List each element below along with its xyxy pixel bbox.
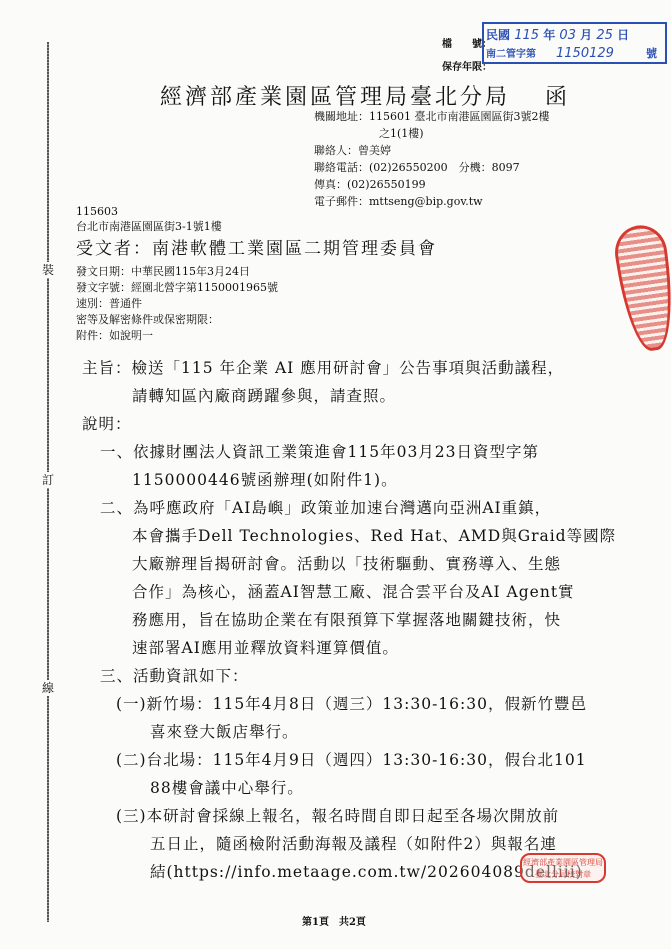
stamp-suffix: 號 <box>646 45 657 61</box>
subject-line-1: 主旨：檢送「115 年企業 AI 應用研討會」公告事項與活動議程， <box>82 354 564 382</box>
agency-title: 經濟部產業園區管理局臺北分局 函 <box>160 80 570 111</box>
contact-fax: 傳真：(02)26550199 <box>314 176 549 193</box>
contact-phone: 聯絡電話：(02)26550200 分機：8097 <box>314 159 549 176</box>
item-3-3-line-3: 結(https://info.metaage.com.tw/202604089d… <box>150 858 583 886</box>
item-3-line-1: 三、活動資訊如下： <box>100 662 249 690</box>
agency-address-cont: 之1(1樓) <box>314 125 549 142</box>
official-seal-large <box>611 222 671 354</box>
item-3-3-line-1: (三)本研討會採線上報名，報名時間自即日起至各場次開放前 <box>116 802 559 830</box>
explanation-label: 說明： <box>82 410 132 438</box>
page-number: 第1頁 共2頁 <box>302 913 366 928</box>
recipient-postcode: 115603 <box>76 204 222 219</box>
item-3-1-line-1: (一)新竹場：115年4月8日（週三）13:30-16:30，假新竹豐邑 <box>116 690 587 718</box>
recipient-address: 台北市南港區園區街3-1號1樓 <box>76 219 222 234</box>
item-2-line-2: 本會攜手Dell Technologies、Red Hat、AMD與Graid等… <box>132 522 616 550</box>
stamp-day-label: 日 <box>617 28 629 42</box>
recipient-mailing: 115603 台北市南港區園區街3-1號1樓 <box>76 204 222 234</box>
item-2-line-1: 二、為呼應政府「AI島嶼」政策並加速台灣邁向亞洲AI重鎮， <box>100 494 551 522</box>
stamp-era: 民國 <box>486 28 510 42</box>
stamp-year: 115 <box>514 28 539 43</box>
stamp-number: 1150129 <box>556 46 614 61</box>
item-2-line-4: 合作」為核心，涵蓋AI智慧工廠、混合雲平台及AI Agent實 <box>132 578 575 606</box>
receipt-stamp: 民國 115 年 03 月 25 日 南二管字第 1150129 號 <box>482 22 667 64</box>
stamp-month-label: 月 <box>580 28 592 42</box>
stamp-year-label: 年 <box>543 28 555 42</box>
stamp-month: 03 <box>559 28 576 43</box>
proofreading-seal: 經濟部產業園區管理局臺北分局校對章 <box>520 853 606 883</box>
item-2-line-5: 務應用，旨在協助企業在有限預算下掌握落地關鍵技術，快 <box>132 606 561 634</box>
secrecy-level: 密等及解密條件或保密期限： <box>76 312 278 328</box>
binding-mark-xian: 線 <box>40 680 56 696</box>
item-3-3-line-2: 五日止，隨函檢附活動海報及議程（如附件2）與報名連 <box>150 830 557 858</box>
item-2-line-3: 大廠辦理旨揭研討會。活動以「技術驅動、實務導入、生態 <box>132 550 561 578</box>
contact-person: 聯絡人：曾美婷 <box>314 142 549 159</box>
delivery-speed: 速別：普通件 <box>76 296 278 312</box>
document-meta: 發文日期：中華民國115年3月24日 發文字號：經園北營字第1150001965… <box>76 264 278 344</box>
item-3-2-line-2: 88樓會議中心舉行。 <box>150 774 304 802</box>
item-3-1-line-2: 喜來登大飯店舉行。 <box>150 718 299 746</box>
contact-email: 電子郵件：mttseng@bip.gov.tw <box>314 193 549 210</box>
agency-address: 機關地址：115601 臺北市南港區園區街3號2樓 <box>314 108 549 125</box>
item-2-line-6: 速部署AI應用並釋放資料運算價值。 <box>132 634 399 662</box>
document-number: 發文字號：經園北營字第1150001965號 <box>76 280 278 296</box>
binding-mark-ding: 訂 <box>40 472 56 488</box>
item-1-line-2: 1150000446號函辦理(如附件1)。 <box>132 466 398 494</box>
binding-mark-zhuang: 裝 <box>40 262 56 278</box>
attachment: 附件：如說明一 <box>76 328 278 344</box>
item-1-line-1: 一、依據財團法人資訊工業策進會115年03月23日資型字第 <box>100 438 539 466</box>
item-3-2-line-1: (二)台北場：115年4月9日（週四）13:30-16:30，假台北101 <box>116 746 587 774</box>
stamp-prefix: 南二管字第 <box>486 45 536 60</box>
stamp-day: 25 <box>596 28 613 43</box>
issue-date: 發文日期：中華民國115年3月24日 <box>76 264 278 280</box>
recipient: 受文者：南港軟體工業園區二期管理委員會 <box>76 234 437 259</box>
contact-block: 機關地址：115601 臺北市南港區園區街3號2樓 之1(1樓) 聯絡人：曾美婷… <box>314 108 549 210</box>
subject-line-2: 請轉知區內廠商踴躍參與，請查照。 <box>132 382 396 410</box>
